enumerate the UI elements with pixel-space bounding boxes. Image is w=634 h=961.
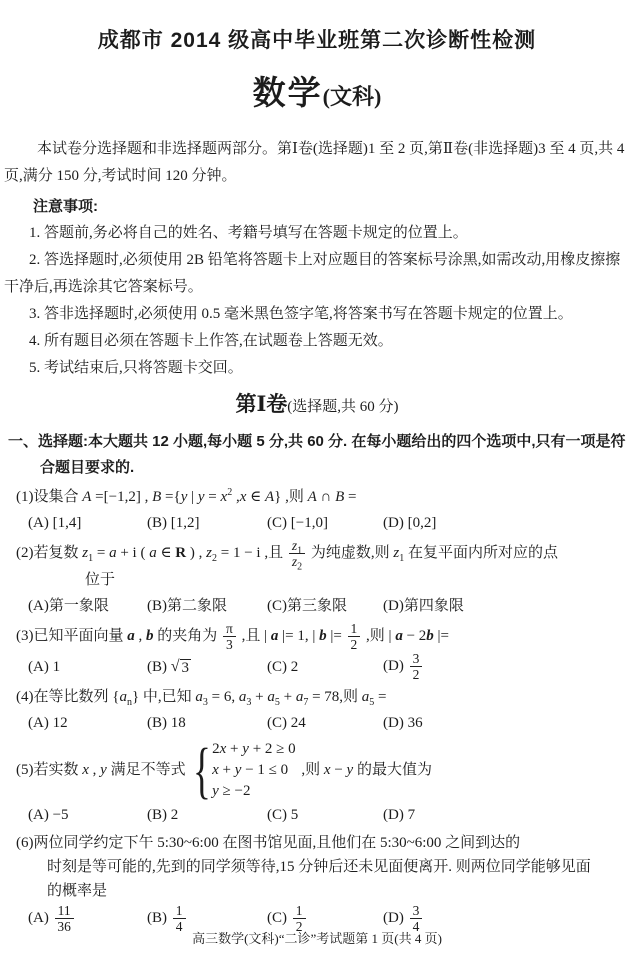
question-6: (6)两位同学约定下午 5:30~6:00 在图书馆见面,且他们在 5:30~6… [0,831,634,933]
notice-item-1: 1. 答题前,务必将自己的姓名、考籍号填写在答题卡规定的位置上。 [0,220,634,247]
option-c: (C) 5 [267,803,383,827]
section-note: (选择题,共 60 分) [287,399,398,415]
question-5-options: (A) −5 (B) 2 (C) 5 (D) 7 [0,803,634,827]
option-a: (A) 1 [28,655,147,679]
question-3: (3)已知平面向量 a , b 的夹角为 π3 ,且 | a |= 1, | b… [0,622,634,681]
option-d: (D) 7 [383,803,634,827]
option-c: (C) 2 [267,655,383,679]
option-a: (A) [1,4] [28,511,147,535]
notice-heading: 注意事项: [0,193,634,220]
section-instruction: 一、选择题:本大题共 12 小题,每小题 5 分,共 60 分. 在每小题给出的… [0,429,634,481]
question-6-stem: (6)两位同学约定下午 5:30~6:00 在图书馆见面,且他们在 5:30~6… [0,831,634,855]
question-2-stem-cont: 位于 [0,568,634,593]
question-6-stem-cont-1: 时刻是等可能的,先到的同学须等待,15 分钟后还未见面便离开. 则两位同学能够见… [0,855,634,879]
question-2-stem: (2)若复数 z1 = a + i ( a ∈ R ) , z2 = 1 − i… [0,539,634,568]
option-b: (B)第二象限 [147,594,267,618]
question-4-stem: (4)在等比数列 {an} 中,已知 a3 = 6, a3 + a5 + a7 … [0,685,634,710]
question-5-stem: (5)若实数 x , y 满足不等式 {2x + y + 2 ≥ 0x + y … [0,739,634,802]
option-c: (C) 24 [267,711,383,735]
question-1-options: (A) [1,4] (B) [1,2] (C) [−1,0] (D) [0,2] [0,511,634,535]
page-footer: 高三数学(文科)“二诊”考试题第 1 页(共 4 页) [0,928,634,947]
question-5: (5)若实数 x , y 满足不等式 {2x + y + 2 ≥ 0x + y … [0,739,634,827]
subject-name: 数学 [253,76,323,112]
option-b: (B) √3 [147,655,267,679]
question-1: (1)设集合 A =[−1,2] , B ={y | y = x2 ,x ∈ A… [0,485,634,535]
subject-track: (文科) [323,84,382,109]
option-b: (B) [1,2] [147,511,267,535]
question-2: (2)若复数 z1 = a + i ( a ∈ R ) , z2 = 1 − i… [0,539,634,618]
notice-item-2: 2. 答选择题时,必须使用 2B 铅笔将答题卡上对应题目的答案标号涂黑,如需改动… [0,247,634,301]
exam-page: { "page": { "title": "成都市 2014 级高中毕业班第二次… [0,0,634,961]
intro-paragraph: 本试卷分选择题和非选择题两部分。第Ⅰ卷(选择题)1 至 2 页,第Ⅱ卷(非选择题… [0,136,634,190]
option-c: (C) [−1,0] [267,511,383,535]
option-c: (C)第三象限 [267,594,383,618]
notice-item-4: 4. 所有题目必须在答题卡上作答,在试题卷上答题无效。 [0,328,634,355]
question-4-options: (A) 12 (B) 18 (C) 24 (D) 36 [0,711,634,735]
option-a: (A) −5 [28,803,147,827]
question-3-options: (A) 1 (B) √3 (C) 2 (D) 32 [0,652,634,681]
option-d: (D)第四象限 [383,594,634,618]
option-a: (A) 12 [28,711,147,735]
option-d: (D) [0,2] [383,511,634,535]
question-1-stem: (1)设集合 A =[−1,2] , B ={y | y = x2 ,x ∈ A… [0,485,634,510]
page-title: 成都市 2014 级高中毕业班第二次诊断性检测 [0,24,634,54]
subject-title: 数学(文科) [0,74,634,120]
question-6-stem-cont-2: 的概率是 [0,879,634,903]
question-3-stem: (3)已知平面向量 a , b 的夹角为 π3 ,且 | a |= 1, | b… [0,622,634,651]
question-4: (4)在等比数列 {an} 中,已知 a3 = 6, a3 + a5 + a7 … [0,685,634,735]
option-b: (B) 18 [147,711,267,735]
notice-item-5: 5. 考试结束后,只将答题卡交回。 [0,355,634,382]
section-title: 第Ⅰ卷 [235,392,287,416]
section-heading: 第Ⅰ卷(选择题,共 60 分) [0,391,634,420]
option-d: (D) 32 [383,652,634,681]
notice-item-3: 3. 答非选择题时,必须使用 0.5 毫米黑色签字笔,将答案书写在答题卡规定的位… [0,301,634,328]
option-d: (D) 36 [383,711,634,735]
option-a: (A)第一象限 [28,594,147,618]
option-b: (B) 2 [147,803,267,827]
question-2-options: (A)第一象限 (B)第二象限 (C)第三象限 (D)第四象限 [0,594,634,618]
